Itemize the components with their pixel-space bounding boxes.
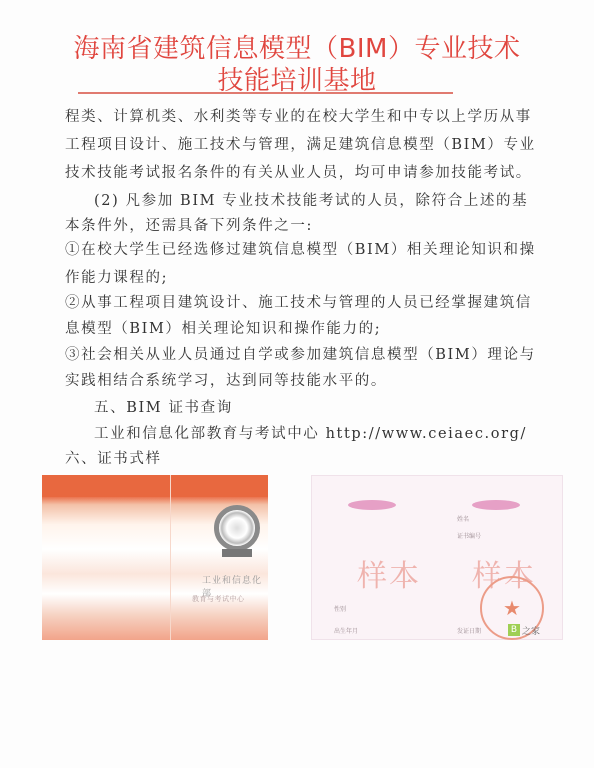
watermark-text: 之家 bbox=[522, 624, 540, 637]
condition-item-1: ①在校大学生已经选修过建筑信息模型（BIM）相关理论知识和操 bbox=[65, 238, 536, 259]
body-line: (2) 凡参加 BIM 专业技术技能考试的人员，除符合上述的基 bbox=[94, 189, 528, 210]
sample-stamp-left: 样本 bbox=[357, 551, 421, 595]
section-heading-6: 六、证书式样 bbox=[65, 447, 162, 468]
cert-field: 证书编号 bbox=[457, 531, 481, 540]
cert-field: 姓名 bbox=[457, 514, 469, 523]
condition-item-3: ③社会相关从业人员通过自学或参加建筑信息模型（BIM）理论与 bbox=[65, 343, 536, 364]
document-page: 海南省建筑信息模型（BIM）专业技术 技能培训基地 程类、计算机类、水利类等专业… bbox=[0, 0, 594, 768]
cert-field: 发证日期 bbox=[457, 626, 481, 635]
body-line: 本条件外，还需具备下列条件之一: bbox=[65, 214, 313, 235]
body-line: 技术技能考试报名条件的有关从业人员，均可申请参加技能考试。 bbox=[65, 161, 532, 182]
certificate-inner-image: 姓名 证书编号 性别 出生年月 发证日期 样本 样本 ★ B 之家 bbox=[311, 475, 563, 640]
ornament-icon bbox=[472, 500, 520, 510]
certificate-cover-image: 工业和信息化部 教育与考试中心 bbox=[42, 475, 268, 640]
condition-item-2: ②从事工程项目建筑设计、施工技术与管理的人员已经掌握建筑信 bbox=[65, 291, 532, 312]
body-line: 息模型（BIM）相关理论知识和操作能力的; bbox=[65, 317, 381, 338]
watermark-logo-icon: B bbox=[508, 624, 520, 636]
cert-field: 性别 bbox=[334, 604, 346, 613]
gear-emblem-icon bbox=[214, 505, 260, 551]
body-line: 程类、计算机类、水利类等专业的在校大学生和中专以上学历从事 bbox=[65, 105, 532, 126]
star-icon: ★ bbox=[482, 596, 542, 620]
title-divider bbox=[78, 92, 453, 94]
emblem-base bbox=[222, 549, 252, 557]
certificate-query-line: 工业和信息化部教育与考试中心 http://www.ceiaec.org/ bbox=[94, 422, 527, 443]
body-line: 作能力课程的; bbox=[65, 266, 168, 287]
cover-subtitle: 教育与考试中心 bbox=[192, 594, 245, 604]
cert-field: 出生年月 bbox=[334, 626, 358, 635]
ornament-icon bbox=[348, 500, 396, 510]
cover-top-band bbox=[42, 475, 268, 497]
body-line: 实践相结合系统学习，达到同等技能水平的。 bbox=[65, 369, 387, 390]
cover-fold-line bbox=[170, 475, 171, 640]
section-heading-5: 五、BIM 证书查询 bbox=[94, 396, 233, 417]
body-line: 工程项目设计、施工技术与管理，满足建筑信息模型（BIM）专业 bbox=[65, 133, 536, 154]
